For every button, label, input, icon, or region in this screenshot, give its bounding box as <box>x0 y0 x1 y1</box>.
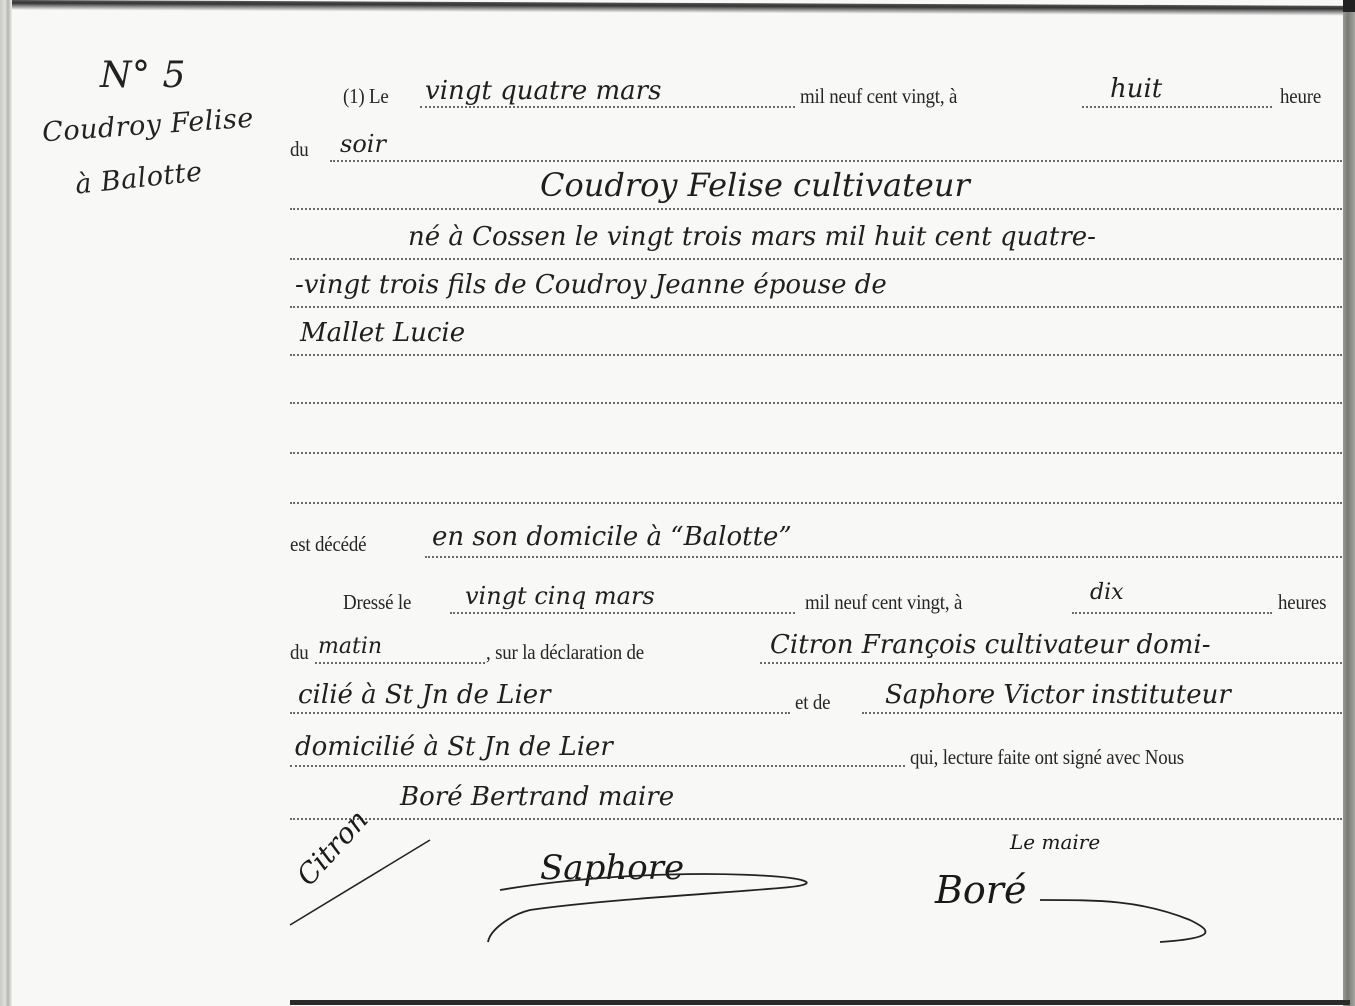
record-number: N° 5 <box>100 55 186 96</box>
printed-text: heures <box>1278 590 1326 615</box>
handwritten-death-place: en son domicile à “Balotte” <box>432 522 792 552</box>
printed-text: Dressé le <box>343 590 411 615</box>
dotted-line-blank <box>290 402 1342 404</box>
dotted-line <box>290 354 1342 356</box>
dotted-fill <box>290 765 905 767</box>
officer-title: Le maire <box>1010 830 1100 854</box>
dotted-fill <box>290 712 790 714</box>
dotted-line-blank <box>290 502 1342 504</box>
dotted-fill <box>1082 106 1272 108</box>
page-bottom-rule <box>290 1000 1350 1005</box>
printed-text: et de <box>795 690 830 715</box>
printed-text: heure <box>1280 84 1321 109</box>
handwritten-date-drawn: vingt cinq mars <box>465 582 655 610</box>
document-page: N° 5 Coudroy Felise à Balotte (1) Le vin… <box>0 0 1355 1006</box>
handwritten-hour: huit <box>1110 74 1162 104</box>
dotted-line <box>290 306 1342 308</box>
signature-flourish-icon <box>380 860 860 960</box>
printed-text: mil neuf cent vingt, à <box>805 590 962 615</box>
deceased-name-margin: Coudroy Felise <box>41 103 255 149</box>
dotted-fill <box>862 712 1342 714</box>
handwritten-spouse-name: Mallet Lucie <box>300 318 465 348</box>
signature-officer: Boré <box>935 868 1026 912</box>
dotted-line <box>290 258 1342 260</box>
place-margin: à Balotte <box>74 156 204 200</box>
dotted-fill <box>330 160 1342 162</box>
page-corner <box>1343 0 1355 12</box>
printed-text: est décédé <box>290 532 366 557</box>
dotted-line <box>290 208 1342 210</box>
printed-text: qui, lecture faite ont signé avec Nous <box>910 745 1184 770</box>
handwritten-birth-info: né à Cossen le vingt trois mars mil huit… <box>408 222 1096 252</box>
dotted-fill <box>315 662 485 664</box>
signature-flourish-icon <box>1040 880 1260 950</box>
dotted-fill <box>425 556 1342 558</box>
page-left-edge <box>0 0 12 1006</box>
dotted-line <box>290 818 1342 820</box>
dotted-line-blank <box>290 452 1342 454</box>
printed-text: du <box>290 640 309 665</box>
page-top-border <box>12 0 1355 16</box>
dotted-fill <box>760 662 1342 664</box>
handwritten-time-of-day-drawn: matin <box>318 634 382 659</box>
printed-text: du <box>290 137 309 162</box>
handwritten-date: vingt quatre mars <box>425 76 661 106</box>
handwritten-declarant-1: Citron François cultivateur domi- <box>770 630 1211 660</box>
dotted-fill <box>1072 612 1272 614</box>
handwritten-deceased-name: Coudroy Felise cultivateur <box>540 166 970 204</box>
handwritten-time-of-day: soir <box>340 130 386 158</box>
handwritten-officer: Boré Bertrand maire <box>400 782 674 812</box>
handwritten-declarant-2: Saphore Victor instituteur <box>885 680 1231 710</box>
printed-text: , sur la déclaration de <box>486 640 644 665</box>
handwritten-hour-drawn: dix <box>1090 580 1124 605</box>
dotted-fill <box>450 612 795 614</box>
page-right-edge <box>1343 0 1355 1006</box>
dotted-fill <box>420 106 795 108</box>
printed-text: (1) Le <box>343 84 389 109</box>
handwritten-declarant-1-residence: cilié à St Jn de Lier <box>298 680 551 710</box>
handwritten-declarant-2-residence: domicilié à St Jn de Lier <box>295 732 613 762</box>
printed-text: mil neuf cent vingt, à <box>800 84 957 109</box>
handwritten-parent-info: -vingt trois fils de Coudroy Jeanne épou… <box>295 270 887 300</box>
